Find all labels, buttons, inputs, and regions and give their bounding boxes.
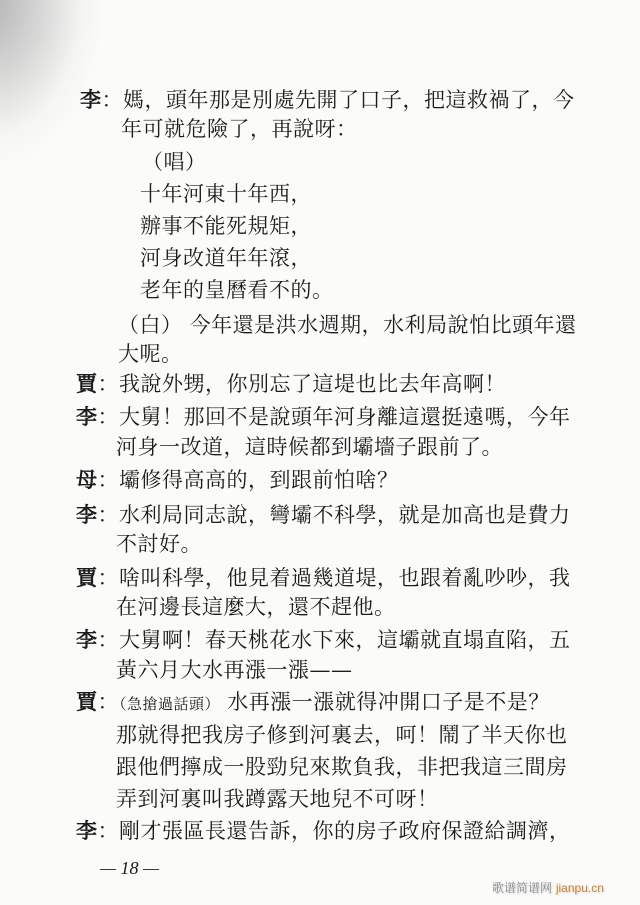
dialogue-line: 李：大舅！那回不是說頭年河身離這還挺遠嗎，今年: [76, 405, 571, 429]
dialogue-line: 跟他們擰成一股勁兒來欺負我，非把我這三間房: [116, 755, 568, 779]
dialogue-line: 李：水利局同志說，彎壩不科學，就是加高也是費力: [76, 503, 571, 527]
dialogue-line: 黃六月大水再漲一漲——: [116, 658, 353, 682]
watermark-url: jianpu.cn: [556, 881, 604, 895]
stage-direction: （唱）: [142, 150, 207, 174]
speaker-label: 母: [76, 467, 98, 492]
watermark-site: 歌谱简谱网: [492, 881, 552, 895]
dialogue-line: 李：大舅啊！春天桃花水下來，這壩就直塌直陷，五: [76, 628, 571, 652]
dialogue-line: 不討好。: [116, 532, 202, 556]
speaker-label: 李: [80, 87, 102, 112]
dialogue-line: 李：媽，頭年那是別處先開了口子，把這救禍了，今: [80, 88, 575, 112]
speaker-label: 李: [76, 818, 98, 843]
stage-direction: （急搶過話頭）: [119, 695, 220, 713]
speaker-label: 李: [76, 627, 98, 652]
dialogue-line: 母：壩修得高高的，到跟前怕啥？: [76, 468, 399, 492]
dialogue-line: 河身一改道，這時候都到壩墻子跟前了。: [116, 435, 503, 459]
dialogue-line: 李：剛才張區長還告訴，你的房子政府保證給調濟，: [76, 819, 571, 843]
speaker-label: 李: [76, 404, 98, 429]
watermark: 歌谱简谱网 jianpu.cn: [492, 879, 604, 896]
dialogue-line: 那就得把我房子修到河裏去，呵！鬧了半天你也: [116, 723, 568, 747]
dialogue-line: 弄到河裏叫我蹲露天地兒不可呀！: [116, 787, 439, 811]
dialogue-line: 在河邊長這麼大，還不趕他。: [116, 595, 396, 619]
verse-line: 十年河東十年西，: [140, 182, 312, 206]
verse-line: 老年的皇曆看不的。: [140, 278, 334, 302]
document-page: 李：媽，頭年那是別處先開了口子，把這救禍了，今 年可就危險了，再說呀： （唱） …: [0, 0, 640, 905]
verse-line: 辦事不能死規矩，: [140, 214, 312, 238]
dialogue-line: 賈：啥叫科學，他見着過幾道堤，也跟着亂吵吵，我: [76, 566, 571, 590]
speaker-label: 賈: [76, 689, 98, 714]
dialogue-line: 賈：（急搶過話頭） 水再漲一漲就得冲開口子是不是？: [76, 690, 550, 716]
dialogue-line: 賈：我說外甥，你別忘了這堤也比去年高啊！: [76, 372, 506, 396]
speaker-label: 賈: [76, 565, 98, 590]
dialogue-line: （白） 今年還是洪水週期，水利局說怕比頭年還: [118, 313, 577, 337]
verse-line: 河身改道年年滾，: [140, 246, 312, 270]
dialogue-line: 年可就危險了，再說呀：: [121, 117, 358, 141]
speaker-label: 李: [76, 502, 98, 527]
dialogue-line: 大呢。: [118, 342, 183, 366]
speaker-label: 賈: [76, 371, 98, 396]
page-number: — 18 —: [100, 858, 159, 879]
